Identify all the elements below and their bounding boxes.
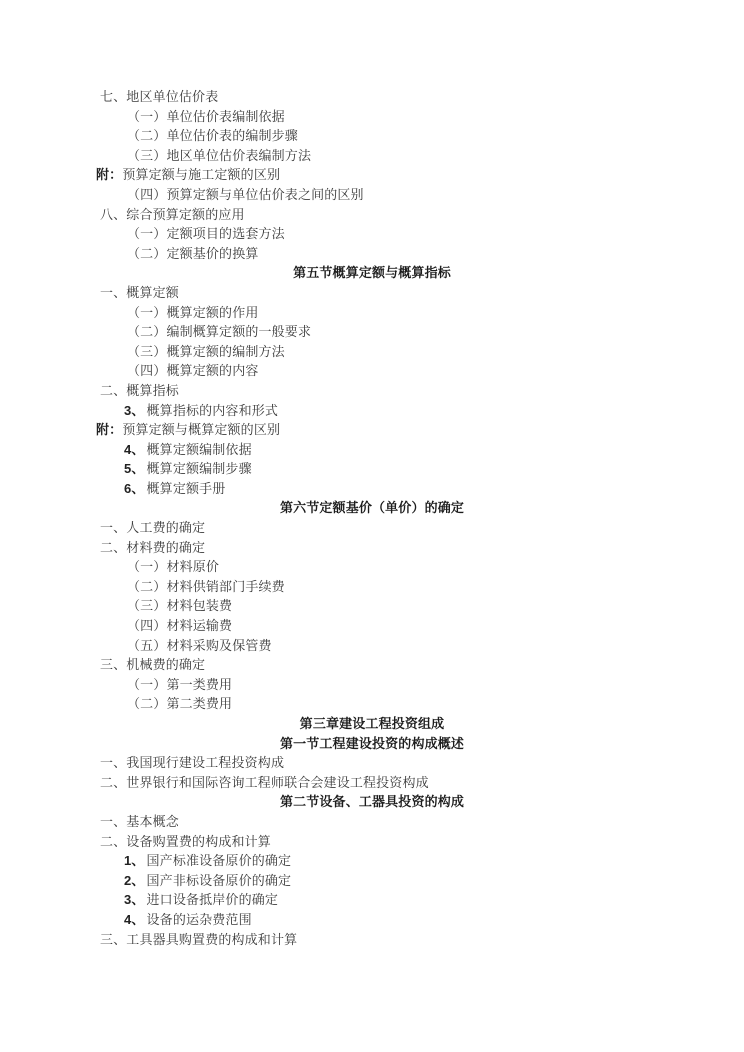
- toc-item: 八、综合预算定额的应用: [0, 205, 744, 225]
- toc-item: 三、工具器具购置费的构成和计算: [0, 930, 744, 950]
- item-text: 概算指标的内容和形式: [147, 403, 279, 418]
- toc-item: （二）单位估价表的编制步骤: [0, 126, 744, 146]
- section-heading: 第二节设备、工器具投资的构成: [0, 792, 744, 812]
- toc-item: 二、世界银行和国际咨询工程师联合会建设工程投资构成: [0, 773, 744, 793]
- item-number: 4、: [124, 912, 145, 927]
- toc-item: 附：预算定额与概算定额的区别: [0, 420, 744, 440]
- item-number: 5、: [124, 461, 145, 476]
- document-page: 七、地区单位估价表（一）单位估价表编制依据（二）单位估价表的编制步骤（三）地区单…: [0, 0, 744, 1052]
- toc-item: 6、概算定额手册: [0, 479, 744, 499]
- toc-item: 七、地区单位估价表: [0, 87, 744, 107]
- toc-item: （二）编制概算定额的一般要求: [0, 322, 744, 342]
- item-text: 概算定额编制步骤: [147, 461, 252, 476]
- item-number: 2、: [124, 873, 145, 888]
- item-text: 国产标准设备原价的确定: [147, 853, 292, 868]
- toc-item: 一、概算定额: [0, 283, 744, 303]
- toc-outline: 七、地区单位估价表（一）单位估价表编制依据（二）单位估价表的编制步骤（三）地区单…: [0, 87, 744, 949]
- toc-item: （三）材料包装费: [0, 596, 744, 616]
- item-text: 进口设备抵岸价的确定: [147, 892, 279, 907]
- item-number: 4、: [124, 442, 145, 457]
- toc-item: 二、概算指标: [0, 381, 744, 401]
- item-text: 概算定额编制依据: [147, 442, 252, 457]
- toc-item: （五）材料采购及保管费: [0, 636, 744, 656]
- appendix-label: 附：: [96, 167, 122, 182]
- toc-item: 一、我国现行建设工程投资构成: [0, 753, 744, 773]
- toc-item: 2、国产非标设备原价的确定: [0, 871, 744, 891]
- toc-item: （二）材料供销部门手续费: [0, 577, 744, 597]
- toc-item: 3、进口设备抵岸价的确定: [0, 890, 744, 910]
- toc-item: （二）第二类费用: [0, 694, 744, 714]
- section-heading: 第六节定额基价（单价）的确定: [0, 498, 744, 518]
- item-text: 设备的运杂费范围: [147, 912, 252, 927]
- item-text: 概算定额手册: [147, 481, 226, 496]
- item-text: 预算定额与施工定额的区别: [122, 167, 280, 182]
- toc-item: （四）预算定额与单位估价表之间的区别: [0, 185, 744, 205]
- section-heading: 第一节工程建设投资的构成概述: [0, 734, 744, 754]
- item-number: 3、: [124, 892, 145, 907]
- toc-item: （三）地区单位估价表编制方法: [0, 146, 744, 166]
- item-text: 国产非标设备原价的确定: [147, 873, 292, 888]
- section-heading: 第五节概算定额与概算指标: [0, 263, 744, 283]
- toc-item: （二）定额基价的换算: [0, 244, 744, 264]
- toc-item: （一）单位估价表编制依据: [0, 107, 744, 127]
- toc-item: 二、材料费的确定: [0, 538, 744, 558]
- appendix-label: 附：: [96, 422, 122, 437]
- item-text: 预算定额与概算定额的区别: [122, 422, 280, 437]
- toc-item: （四）概算定额的内容: [0, 361, 744, 381]
- toc-item: （一）定额项目的选套方法: [0, 224, 744, 244]
- section-heading: 第三章建设工程投资组成: [0, 714, 744, 734]
- toc-item: 二、设备购置费的构成和计算: [0, 832, 744, 852]
- toc-item: 一、基本概念: [0, 812, 744, 832]
- toc-item: （一）材料原价: [0, 557, 744, 577]
- toc-item: （四）材料运输费: [0, 616, 744, 636]
- item-number: 3、: [124, 403, 145, 418]
- toc-item: 4、设备的运杂费范围: [0, 910, 744, 930]
- toc-item: （一）概算定额的作用: [0, 303, 744, 323]
- toc-item: （一）第一类费用: [0, 675, 744, 695]
- toc-item: 1、国产标准设备原价的确定: [0, 851, 744, 871]
- toc-item: 一、人工费的确定: [0, 518, 744, 538]
- toc-item: 3、概算指标的内容和形式: [0, 401, 744, 421]
- toc-item: 4、概算定额编制依据: [0, 440, 744, 460]
- toc-item: 附：预算定额与施工定额的区别: [0, 165, 744, 185]
- toc-item: （三）概算定额的编制方法: [0, 342, 744, 362]
- toc-item: 5、概算定额编制步骤: [0, 459, 744, 479]
- item-number: 6、: [124, 481, 145, 496]
- toc-item: 三、机械费的确定: [0, 655, 744, 675]
- item-number: 1、: [124, 853, 145, 868]
